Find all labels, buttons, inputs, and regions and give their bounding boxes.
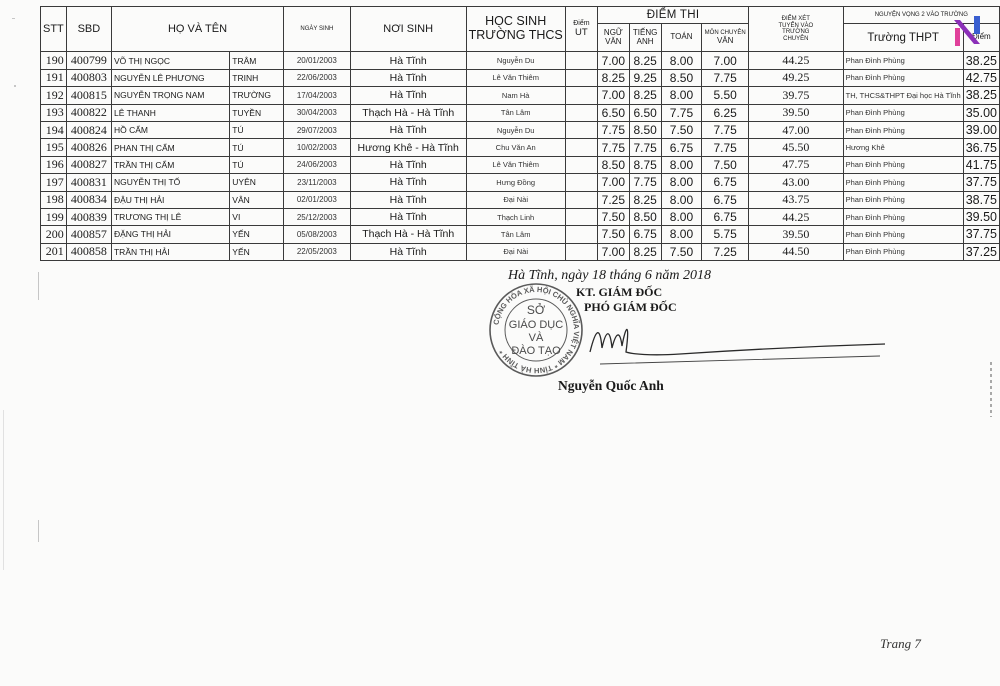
header-stt: STT [41, 7, 67, 52]
cell-specialized-total: 47.00 [749, 121, 844, 138]
table-row: 190400799VÕ THỊ NGỌCTRÂM20/01/2003Hà Tĩn… [41, 52, 1000, 69]
cell-family-middle-name: PHAN THỊ CẨM [111, 139, 229, 156]
cell-second-choice-school: Phan Đình Phùng [843, 243, 963, 260]
cell-family-middle-name: LÊ THANH [111, 104, 229, 121]
cell-priority-points [565, 243, 597, 260]
cell-given-name: TÚ [230, 139, 284, 156]
cell-math-score: 8.00 [661, 208, 702, 225]
cell-secondary-school: Tân Lâm [466, 226, 565, 243]
cell-candidate-number: 400822 [66, 104, 111, 121]
cell-date-of-birth: 10/02/2003 [284, 139, 351, 156]
cell-priority-points [565, 226, 597, 243]
cell-given-name: VI [230, 208, 284, 225]
header-date-of-birth: NGÀY SINH [284, 7, 351, 52]
cell-specialized-total: 45.50 [749, 139, 844, 156]
cell-english-score: 8.25 [629, 191, 661, 208]
cell-math-score: 8.00 [661, 226, 702, 243]
cell-given-name: TRINH [230, 69, 284, 86]
cell-family-middle-name: NGUYỄN LÊ PHƯƠNG [111, 69, 229, 86]
cell-date-of-birth: 29/07/2003 [284, 121, 351, 138]
cell-english-score: 8.75 [629, 156, 661, 173]
cell-given-name: YẾN [230, 243, 284, 260]
cell-row-index: 201 [41, 243, 67, 260]
cell-secondary-school: Đại Nài [466, 243, 565, 260]
cell-second-choice-school: Phan Đình Phùng [843, 52, 963, 69]
page-number: Trang 7 [880, 636, 921, 652]
cell-literature-score: 7.75 [598, 121, 630, 138]
cell-family-middle-name: ĐẬU THỊ HẢI [111, 191, 229, 208]
signature-title-director: KT. GIÁM ĐỐC [576, 285, 662, 300]
cell-given-name: TÚ [230, 156, 284, 173]
cell-priority-points [565, 156, 597, 173]
cell-row-index: 199 [41, 208, 67, 225]
cell-candidate-number: 400815 [66, 87, 111, 104]
cell-specialized-total: 44.25 [749, 208, 844, 225]
cell-given-name: TRƯỜNG [230, 87, 284, 104]
cell-row-index: 192 [41, 87, 67, 104]
cell-row-index: 197 [41, 174, 67, 191]
header-english: TIẾNG ANH [629, 24, 661, 52]
svg-text:ĐÀO TẠO: ĐÀO TẠO [511, 344, 561, 357]
header-math: TOÁN [661, 24, 702, 52]
cell-birthplace: Hà Tĩnh [350, 52, 466, 69]
cell-second-choice-school: Phan Đình Phùng [843, 69, 963, 86]
cell-math-score: 8.00 [661, 52, 702, 69]
header-sbd: SBD [66, 7, 111, 52]
cell-second-choice-school: Phan Đình Phùng [843, 208, 963, 225]
scan-artifact [990, 362, 992, 417]
cell-candidate-number: 400827 [66, 156, 111, 173]
cell-priority-points [565, 208, 597, 225]
table-row: 191400803NGUYỄN LÊ PHƯƠNGTRINH22/06/2003… [41, 69, 1000, 86]
cell-literature-score: 7.00 [598, 174, 630, 191]
cell-second-choice-school: TH, THCS&THPT Đại học Hà Tĩnh [843, 87, 963, 104]
cell-second-choice-school: Hương Khê [843, 139, 963, 156]
cell-birthplace: Hà Tĩnh [350, 69, 466, 86]
table-row: 197400831NGUYỄN THỊ TỐUYÊN23/11/2003Hà T… [41, 174, 1000, 191]
cell-literature-score: 7.50 [598, 226, 630, 243]
cell-literature-score: 7.25 [598, 191, 630, 208]
cell-specialized-score: 6.75 [702, 208, 749, 225]
cell-given-name: VÂN [230, 191, 284, 208]
cell-second-choice-school: Phan Đình Phùng [843, 226, 963, 243]
cell-secondary-school: Nguyễn Du [466, 52, 565, 69]
cell-birthplace: Hà Tĩnh [350, 156, 466, 173]
cell-second-choice-score: 37.25 [963, 243, 999, 260]
cell-family-middle-name: TRẦN THỊ CẨM [111, 156, 229, 173]
cell-second-choice-score: 41.75 [963, 156, 999, 173]
cell-second-choice-score: 37.75 [963, 174, 999, 191]
watermark-logo-icon [950, 14, 984, 50]
cell-second-choice-score: 39.00 [963, 121, 999, 138]
cell-family-middle-name: NGUYỄN TRỌNG NAM [111, 87, 229, 104]
table-row: 199400839TRƯƠNG THỊ LÊVI25/12/2003Hà Tĩn… [41, 208, 1000, 225]
cell-family-middle-name: HỒ CẨM [111, 121, 229, 138]
cell-secondary-school: Hưng Đồng [466, 174, 565, 191]
cell-row-index: 200 [41, 226, 67, 243]
cell-priority-points [565, 139, 597, 156]
cell-family-middle-name: NGUYỄN THỊ TỐ [111, 174, 229, 191]
cell-secondary-school: Chu Văn An [466, 139, 565, 156]
cell-second-choice-score: 39.50 [963, 208, 999, 225]
cell-specialized-score: 5.50 [702, 87, 749, 104]
cell-specialized-score: 7.00 [702, 52, 749, 69]
cell-secondary-school: Đại Nài [466, 191, 565, 208]
cell-english-score: 8.50 [629, 121, 661, 138]
table-row: 200400857ĐẶNG THỊ HẢIYẾN05/08/2003Thạch … [41, 226, 1000, 243]
cell-second-choice-school: Phan Đình Phùng [843, 104, 963, 121]
table-row: 201400858TRẦN THỊ HẢIYẾN22/05/2003Hà Tĩn… [41, 243, 1000, 260]
cell-math-score: 7.75 [661, 104, 702, 121]
cell-literature-score: 7.75 [598, 139, 630, 156]
cell-math-score: 8.00 [661, 87, 702, 104]
cell-english-score: 6.50 [629, 104, 661, 121]
cell-family-middle-name: TRẦN THỊ HẢI [111, 243, 229, 260]
cell-date-of-birth: 20/01/2003 [284, 52, 351, 69]
cell-family-middle-name: ĐẶNG THỊ HẢI [111, 226, 229, 243]
cell-english-score: 8.25 [629, 243, 661, 260]
cell-second-choice-score: 42.75 [963, 69, 999, 86]
header-birthplace: NƠI SINH [350, 7, 466, 52]
svg-text:VÀ: VÀ [529, 331, 544, 344]
cell-date-of-birth: 25/12/2003 [284, 208, 351, 225]
cell-second-choice-score: 38.25 [963, 87, 999, 104]
cell-second-choice-school: Phan Đình Phùng [843, 121, 963, 138]
cell-specialized-total: 39.50 [749, 226, 844, 243]
cell-english-score: 7.75 [629, 174, 661, 191]
cell-second-choice-score: 35.00 [963, 104, 999, 121]
cell-priority-points [565, 121, 597, 138]
cell-english-score: 7.75 [629, 139, 661, 156]
cell-second-choice-score: 38.75 [963, 191, 999, 208]
scan-artifact [38, 272, 39, 300]
cell-math-score: 8.50 [661, 69, 702, 86]
table-row: 196400827TRẦN THỊ CẨMTÚ24/06/2003Hà Tĩnh… [41, 156, 1000, 173]
signer-name: Nguyễn Quốc Anh [558, 378, 664, 394]
header-literature: NGỮ VĂN [598, 24, 630, 52]
header-specialized-total: ĐIỂM XÉT TUYỂN VÀO TRƯỜNG CHUYÊN [749, 7, 844, 52]
signature-title-deputy: PHÓ GIÁM ĐỐC [584, 300, 677, 315]
cell-specialized-score: 6.75 [702, 174, 749, 191]
cell-specialized-score: 7.75 [702, 121, 749, 138]
cell-priority-points [565, 174, 597, 191]
cell-specialized-score: 7.50 [702, 156, 749, 173]
scan-artifact [3, 410, 4, 570]
cell-given-name: UYÊN [230, 174, 284, 191]
cell-date-of-birth: 22/05/2003 [284, 243, 351, 260]
scan-artifact [12, 18, 15, 19]
cell-specialized-score: 7.75 [702, 69, 749, 86]
header-full-name: HỌ VÀ TÊN [111, 7, 283, 52]
header-high-school: Trường THPT [843, 24, 963, 52]
handwritten-signature [560, 318, 890, 368]
cell-english-score: 8.50 [629, 208, 661, 225]
cell-date-of-birth: 24/06/2003 [284, 156, 351, 173]
cell-english-score: 6.75 [629, 226, 661, 243]
table-row: 195400826PHAN THỊ CẨMTÚ10/02/2003Hương K… [41, 139, 1000, 156]
cell-specialized-total: 49.25 [749, 69, 844, 86]
scan-artifact [38, 520, 39, 542]
cell-given-name: TÚ [230, 121, 284, 138]
cell-specialized-total: 44.50 [749, 243, 844, 260]
table-body: 190400799VÕ THỊ NGỌCTRÂM20/01/2003Hà Tĩn… [41, 52, 1000, 261]
cell-candidate-number: 400826 [66, 139, 111, 156]
cell-math-score: 8.00 [661, 191, 702, 208]
cell-candidate-number: 400834 [66, 191, 111, 208]
svg-text:SỞ: SỞ [527, 302, 546, 317]
cell-row-index: 195 [41, 139, 67, 156]
cell-specialized-total: 43.75 [749, 191, 844, 208]
header-priority-points: Điểm UT [565, 7, 597, 52]
cell-priority-points [565, 104, 597, 121]
cell-english-score: 8.25 [629, 52, 661, 69]
table-row: 198400834ĐẬU THỊ HẢIVÂN02/01/2003Hà Tĩnh… [41, 191, 1000, 208]
cell-secondary-school: Lê Văn Thiêm [466, 156, 565, 173]
cell-literature-score: 8.25 [598, 69, 630, 86]
cell-specialized-total: 43.00 [749, 174, 844, 191]
header-exam-scores: ĐIỂM THI [598, 7, 749, 24]
cell-birthplace: Hà Tĩnh [350, 243, 466, 260]
cell-specialized-score: 7.75 [702, 139, 749, 156]
cell-family-middle-name: VÕ THỊ NGỌC [111, 52, 229, 69]
cell-row-index: 196 [41, 156, 67, 173]
cell-birthplace: Hà Tĩnh [350, 121, 466, 138]
cell-given-name: YẾN [230, 226, 284, 243]
cell-date-of-birth: 22/06/2003 [284, 69, 351, 86]
cell-secondary-school: Lê Văn Thiêm [466, 69, 565, 86]
cell-candidate-number: 400824 [66, 121, 111, 138]
cell-candidate-number: 400839 [66, 208, 111, 225]
cell-specialized-score: 6.25 [702, 104, 749, 121]
cell-birthplace: Hà Tĩnh [350, 191, 466, 208]
cell-date-of-birth: 17/04/2003 [284, 87, 351, 104]
cell-secondary-school: Tân Lâm [466, 104, 565, 121]
cell-secondary-school: Nguyễn Du [466, 121, 565, 138]
cell-literature-score: 7.00 [598, 52, 630, 69]
cell-second-choice-score: 38.25 [963, 52, 999, 69]
cell-row-index: 198 [41, 191, 67, 208]
cell-second-choice-score: 37.75 [963, 226, 999, 243]
cell-literature-score: 7.50 [598, 208, 630, 225]
cell-english-score: 8.25 [629, 87, 661, 104]
table-row: 193400822LÊ THANHTUYỀN30/04/2003Thạch Hà… [41, 104, 1000, 121]
cell-candidate-number: 400857 [66, 226, 111, 243]
table-row: 192400815NGUYỄN TRỌNG NAMTRƯỜNG17/04/200… [41, 87, 1000, 104]
table-row: 194400824HỒ CẨMTÚ29/07/2003Hà TĩnhNguyễn… [41, 121, 1000, 138]
cell-specialized-score: 6.75 [702, 191, 749, 208]
cell-row-index: 190 [41, 52, 67, 69]
cell-birthplace: Hà Tĩnh [350, 174, 466, 191]
cell-english-score: 9.25 [629, 69, 661, 86]
cell-row-index: 194 [41, 121, 67, 138]
cell-row-index: 191 [41, 69, 67, 86]
cell-secondary-school: Thạch Linh [466, 208, 565, 225]
cell-second-choice-school: Phan Đình Phùng [843, 156, 963, 173]
cell-candidate-number: 400831 [66, 174, 111, 191]
cell-specialized-score: 5.75 [702, 226, 749, 243]
cell-date-of-birth: 23/11/2003 [284, 174, 351, 191]
cell-specialized-total: 39.75 [749, 87, 844, 104]
cell-candidate-number: 400803 [66, 69, 111, 86]
cell-math-score: 8.00 [661, 174, 702, 191]
scan-artifact [14, 85, 16, 87]
cell-second-choice-score: 36.75 [963, 139, 999, 156]
cell-math-score: 8.00 [661, 156, 702, 173]
cell-math-score: 7.50 [661, 243, 702, 260]
cell-second-choice-school: Phan Đình Phùng [843, 174, 963, 191]
cell-priority-points [565, 191, 597, 208]
admission-results-table: STT SBD HỌ VÀ TÊN NGÀY SINH NƠI SINH HỌC… [40, 6, 1000, 261]
cell-specialized-score: 7.25 [702, 243, 749, 260]
cell-date-of-birth: 05/08/2003 [284, 226, 351, 243]
cell-specialized-total: 39.50 [749, 104, 844, 121]
cell-math-score: 7.50 [661, 121, 702, 138]
cell-birthplace: Hà Tĩnh [350, 87, 466, 104]
cell-secondary-school: Nam Hà [466, 87, 565, 104]
cell-birthplace: Thạch Hà - Hà Tĩnh [350, 104, 466, 121]
cell-birthplace: Hà Tĩnh [350, 208, 466, 225]
cell-given-name: TUYỀN [230, 104, 284, 121]
cell-literature-score: 7.00 [598, 87, 630, 104]
cell-candidate-number: 400799 [66, 52, 111, 69]
cell-birthplace: Hương Khê - Hà Tĩnh [350, 139, 466, 156]
cell-given-name: TRÂM [230, 52, 284, 69]
scanned-page: STT SBD HỌ VÀ TÊN NGÀY SINH NƠI SINH HỌC… [0, 0, 1000, 686]
cell-second-choice-school: Phan Đình Phùng [843, 191, 963, 208]
cell-literature-score: 8.50 [598, 156, 630, 173]
signature-date: Hà Tĩnh, ngày 18 tháng 6 năm 2018 [508, 268, 711, 284]
cell-specialized-total: 47.75 [749, 156, 844, 173]
cell-specialized-total: 44.25 [749, 52, 844, 69]
cell-date-of-birth: 02/01/2003 [284, 191, 351, 208]
header-secondary-school: HỌC SINH TRƯỜNG THCS [466, 7, 565, 52]
cell-birthplace: Thạch Hà - Hà Tĩnh [350, 226, 466, 243]
cell-date-of-birth: 30/04/2003 [284, 104, 351, 121]
cell-priority-points [565, 87, 597, 104]
cell-math-score: 6.75 [661, 139, 702, 156]
cell-literature-score: 6.50 [598, 104, 630, 121]
header-specialized-subject: MÔN CHUYÊN VĂN [702, 24, 749, 52]
svg-text:GIÁO DỤC: GIÁO DỤC [509, 318, 563, 331]
cell-priority-points [565, 69, 597, 86]
cell-priority-points [565, 52, 597, 69]
cell-family-middle-name: TRƯƠNG THỊ LÊ [111, 208, 229, 225]
cell-literature-score: 7.00 [598, 243, 630, 260]
cell-row-index: 193 [41, 104, 67, 121]
cell-candidate-number: 400858 [66, 243, 111, 260]
